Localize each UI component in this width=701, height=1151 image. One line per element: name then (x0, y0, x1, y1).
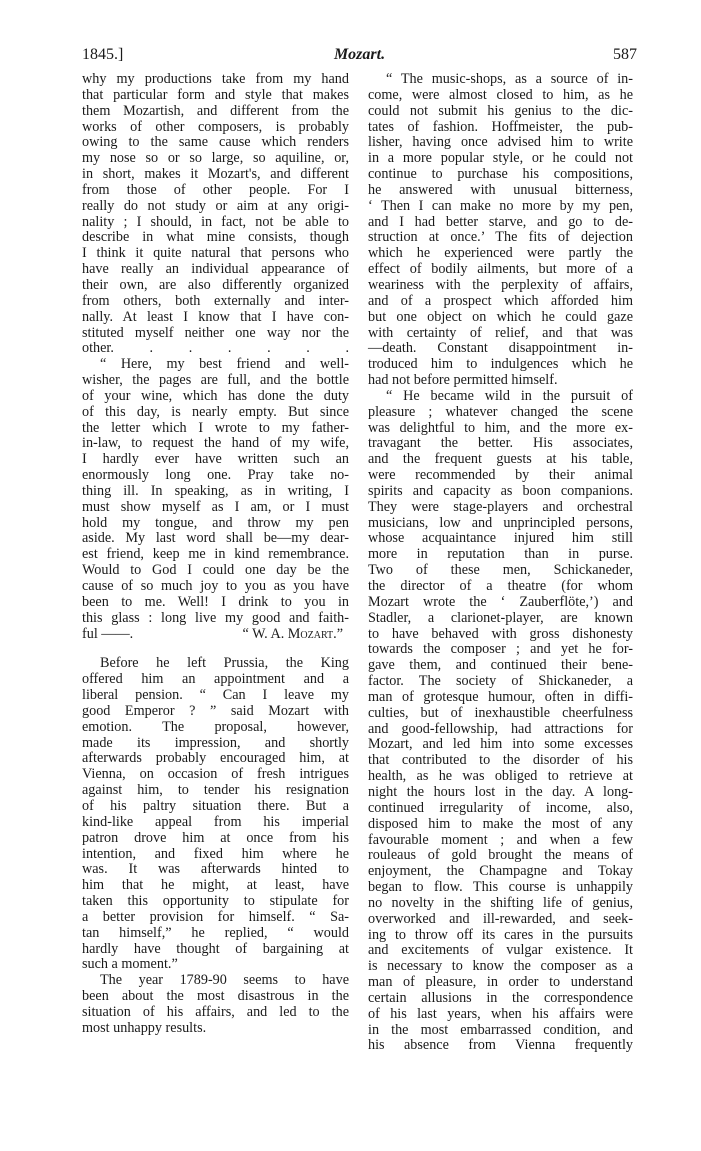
left-column-body-continued: Before he left Prussia, the Kingoffered … (82, 656, 349, 1036)
text-line: from those of other people. For I (82, 183, 349, 199)
text-line: made its impression, and shortly (82, 736, 349, 752)
text-line: I think it quite natural that persons wh… (82, 246, 349, 262)
text-line: tan himself,” he replied, “ would (82, 926, 349, 942)
text-line: to have behaved with gross dishonesty (368, 627, 633, 643)
text-line: continued irregularity of income, also, (368, 801, 633, 817)
text-line: owing to the same cause which renders (82, 135, 349, 151)
text-line: man of grotesque humour, often in diffi- (368, 690, 633, 706)
text-line: weariness with the perplexity of affairs… (368, 278, 633, 294)
text-line: hold my tongue, and throw my pen (82, 516, 349, 532)
text-line: his absence from Vienna frequently (368, 1038, 633, 1054)
text-line: nality ; I should, in fact, not be able … (82, 215, 349, 231)
text-line: night the hours lost in the day. A long- (368, 785, 633, 801)
right-column: “ The music-shops, as a source of in-com… (368, 72, 633, 1054)
text-line: and the frequent guests at his table, (368, 452, 633, 468)
text-line: was. It was afterwards hinted to (82, 862, 349, 878)
text-line: pleasure ; whatever changed the scene (368, 405, 633, 421)
text-line: certain allusions in the correspondence (368, 991, 633, 1007)
text-line: been to me. Well! I drink to you in (82, 595, 349, 611)
text-line: culties, but of inexhaustible cheerfulne… (368, 706, 633, 722)
text-line: afterwards probably encouraged him, at (82, 751, 349, 767)
signature-name: “ W. A. Mozart.” (242, 627, 349, 643)
text-line: most unhappy results. (82, 1021, 349, 1037)
text-line: enjoyment, the Champagne and Tokay (368, 864, 633, 880)
text-line: good Emperor ? ” said Mozart with (82, 704, 349, 720)
text-line: was delightful to him, and the more ex- (368, 421, 633, 437)
text-line: man of pleasure, in order to understand (368, 975, 633, 991)
text-line: must show myself as I am, or I must (82, 500, 349, 516)
text-line: in the most embarrassed condition, and (368, 1023, 633, 1039)
text-line: Mozart, and led him into some excesses (368, 737, 633, 753)
text-line: of his last years, when his affairs were (368, 1007, 633, 1023)
text-line: Would to God I could one day be the (82, 563, 349, 579)
text-line: began to flow. This course is unhappily (368, 880, 633, 896)
text-line: a better provision for himself. “ Sa- (82, 910, 349, 926)
text-line: “ Here, my best friend and well- (82, 357, 349, 373)
text-line: emotion. The proposal, however, (82, 720, 349, 736)
text-line: disposed him to make the most of any (368, 817, 633, 833)
text-line: They were stage-players and orchestral (368, 500, 633, 516)
text-line: continue to purchase his compositions, (368, 167, 633, 183)
text-line: that contributed to the disorder of his (368, 753, 633, 769)
text-line: ing to throw off its cares in the pursui… (368, 928, 633, 944)
left-column-body: why my productions take from my handthat… (82, 72, 349, 627)
text-line: and of a prospect which afforded him (368, 294, 633, 310)
text-line: in-law, to request the hand of my wife, (82, 436, 349, 452)
text-line: this glass : long live my good and faith… (82, 611, 349, 627)
text-line: travagant the better. His associates, (368, 436, 633, 452)
text-line: situation of his affairs, and led to the (82, 1005, 349, 1021)
text-line: taken this opportunity to stipulate for (82, 894, 349, 910)
text-line: that particular form and style that make… (82, 88, 349, 104)
text-line: why my productions take from my hand (82, 72, 349, 88)
text-line: nally. At least I know that I have con- (82, 310, 349, 326)
text-line: wisher, the pages are full, and the bott… (82, 373, 349, 389)
text-line: tates of fashion. Hoffmeister, the pub- (368, 120, 633, 136)
text-line: him that he might, at least, have (82, 878, 349, 894)
text-line: troduced him to indulgences which he (368, 357, 633, 373)
text-line: of his paltry situation there. But a (82, 799, 349, 815)
text-line: their own, are also differently organize… (82, 278, 349, 294)
text-line: the director of a theatre (for whom (368, 579, 633, 595)
text-line: rouleaus of gold brought the means of (368, 848, 633, 864)
running-header: 1845.] Mozart. 587 (82, 46, 637, 68)
text-line: patron drove him at once from his (82, 831, 349, 847)
text-line: which he experienced were partly the (368, 246, 633, 262)
text-line: of your wine, which has done the duty (82, 389, 349, 405)
page-number: 587 (613, 46, 637, 64)
text-line: enormously long one. Pray take no- (82, 468, 349, 484)
text-line: “ He became wild in the pursuit of (368, 389, 633, 405)
text-line: kind-like appeal from his imperial (82, 815, 349, 831)
text-line: liberal pension. “ Can I leave my (82, 688, 349, 704)
text-line: Mozart wrote the ‘ Zauberflöte,’) and (368, 595, 633, 611)
text-line: other. . . . . . . (82, 341, 349, 357)
text-line: been about the most disastrous in the (82, 989, 349, 1005)
text-line: have really an individual appearance of (82, 262, 349, 278)
text-line: struction at once.’ The fits of dejectio… (368, 230, 633, 246)
text-line: est friend, keep me in kind remembrance. (82, 547, 349, 563)
text-line: and excitements of vulgar existence. It (368, 943, 633, 959)
text-line: offered him an appointment and a (82, 672, 349, 688)
text-line: intention, and fixed him where he (82, 847, 349, 863)
text-line: “ The music-shops, as a source of in- (368, 72, 633, 88)
text-line: I hardly ever have written such an (82, 452, 349, 468)
text-line: The year 1789-90 seems to have (82, 973, 349, 989)
text-line: he answered with unusual bitterness, (368, 183, 633, 199)
text-line: describe in what mine consists, though (82, 230, 349, 246)
text-line: musicians, low and unprincipled persons, (368, 516, 633, 532)
text-line: but one object on which he could gaze (368, 310, 633, 326)
text-line: effect of bodily ailments, but more of a (368, 262, 633, 278)
left-column: why my productions take from my handthat… (82, 72, 349, 1037)
text-line: Two of these men, Schickaneder, (368, 563, 633, 579)
text-line: whose acquaintance injured him still (368, 531, 633, 547)
signature-dash: ful ——. (82, 627, 133, 643)
text-line: such a moment.” (82, 957, 349, 973)
text-line: with certainty of relief, and that was (368, 326, 633, 342)
text-line: lisher, having once advised him to write (368, 135, 633, 151)
header-title: Mozart. (82, 46, 637, 64)
text-line: more in reputation than in purse. (368, 547, 633, 563)
text-line: my nose so or so large, so aquiline, or, (82, 151, 349, 167)
text-line: and I had better starve, and go to de- (368, 215, 633, 231)
text-line: no novelty in the shifting life of geniu… (368, 896, 633, 912)
text-line: stituted myself neither one way nor the (82, 326, 349, 342)
text-line: Stadler, a clarionet-player, are known (368, 611, 633, 627)
text-line: really do not study or aim at any origi- (82, 199, 349, 215)
text-line: had not before permitted himself. (368, 373, 633, 389)
text-line: gave them, and continued their bene- (368, 658, 633, 674)
text-line: favourable moment ; and when a few (368, 833, 633, 849)
text-line: works of other composers, is probably (82, 120, 349, 136)
text-line: factor. The society of Shickaneder, a (368, 674, 633, 690)
text-line: of this day, is nearly empty. But since (82, 405, 349, 421)
right-column-body: “ The music-shops, as a source of in-com… (368, 72, 633, 1054)
text-line: hardly have thought of bargaining at (82, 942, 349, 958)
text-line: is necessary to know the composer as a (368, 959, 633, 975)
text-line: Before he left Prussia, the King (82, 656, 349, 672)
text-line: —death. Constant disappointment in- (368, 341, 633, 357)
text-line: cause of so much joy to you as you have (82, 579, 349, 595)
text-line: against him, to tender his resignation (82, 783, 349, 799)
signature-line: ful ——. “ W. A. Mozart.” (82, 627, 349, 643)
text-line: them Mozartish, and different from the (82, 104, 349, 120)
text-line: in short, makes it Mozart's, and differe… (82, 167, 349, 183)
text-line: in a more popular style, or he could not (368, 151, 633, 167)
text-line: ‘ Then I can make no more by my pen, (368, 199, 633, 215)
text-line: thing ill. In speaking, as in writing, I (82, 484, 349, 500)
text-line: spirits and capacity as boon companions. (368, 484, 633, 500)
text-line: come, were almost closed to him, as he (368, 88, 633, 104)
text-line: health, as he was obliged to retrieve at (368, 769, 633, 785)
text-line: from others, both externally and inter- (82, 294, 349, 310)
text-line: the letter which I wrote to my father- (82, 421, 349, 437)
text-line: overworked and ill-rewarded, and seek- (368, 912, 633, 928)
text-line: could not submit his genius to the dic- (368, 104, 633, 120)
text-line: Vienna, on occasion of fresh intrigues (82, 767, 349, 783)
text-line: were recommended by their animal (368, 468, 633, 484)
text-line: aside. My last word shall be—my dear- (82, 531, 349, 547)
text-line: and good-fellowship, had attractions for (368, 722, 633, 738)
text-line: towards the composer ; and yet he for- (368, 642, 633, 658)
